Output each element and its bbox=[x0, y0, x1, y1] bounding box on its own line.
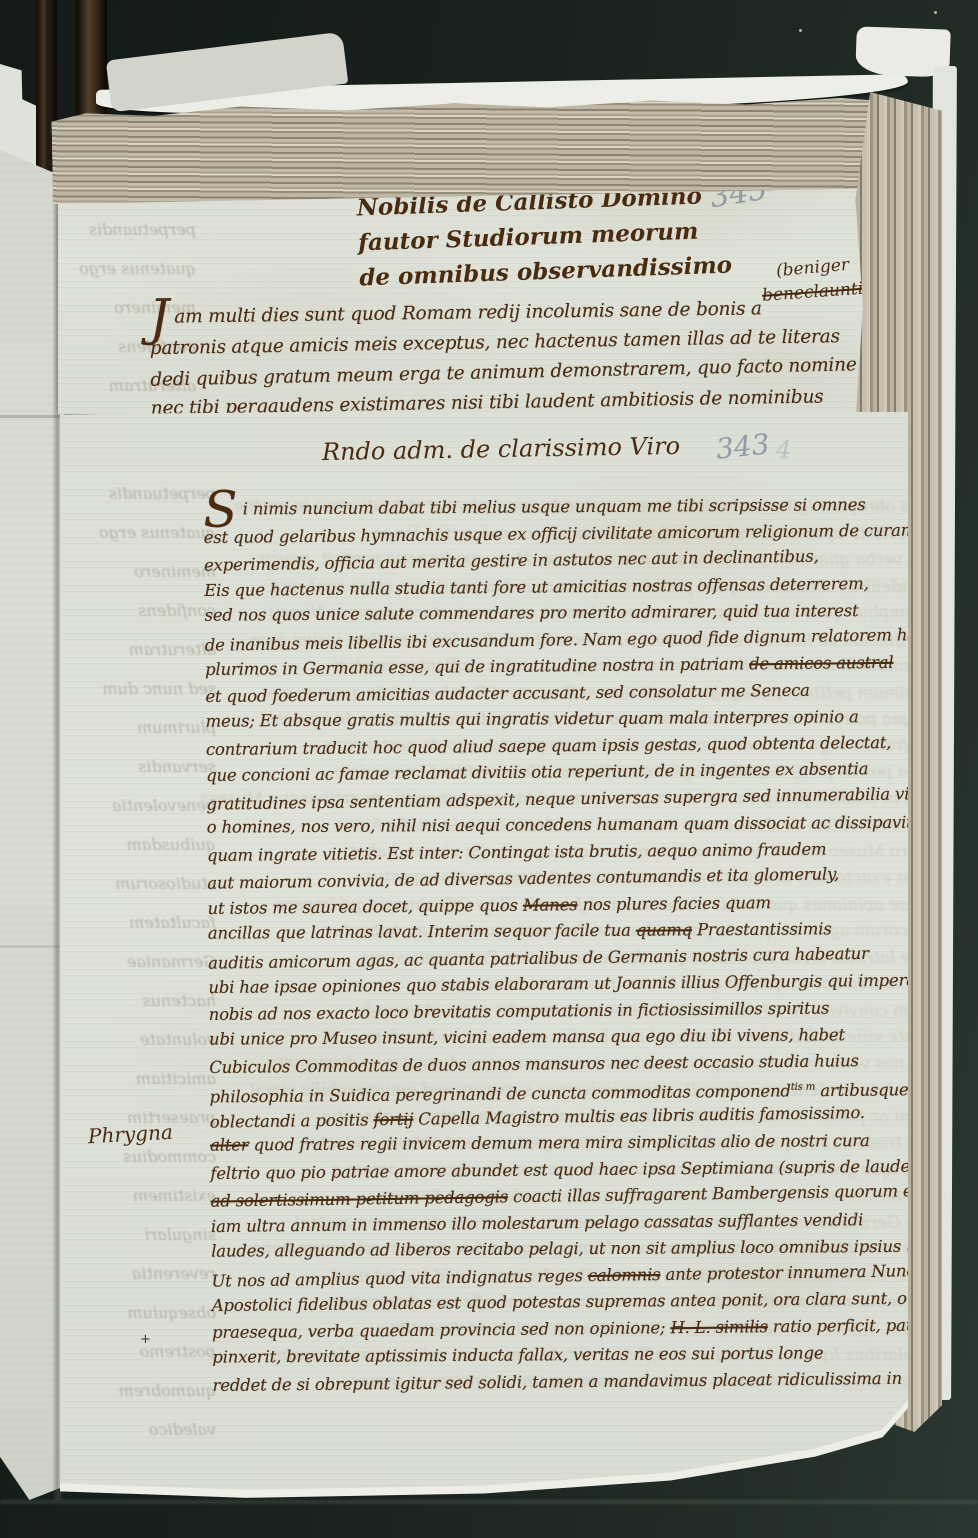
handwriting-line: ubi unice pro Museo insunt, vicini eadem… bbox=[209, 1021, 908, 1053]
bleedthrough-word: existimem bbox=[66, 1176, 216, 1215]
bleedthrough-word: Germaniae bbox=[66, 942, 216, 981]
handwriting-line: meus; Et absque gratis multis qui ingrat… bbox=[206, 703, 908, 735]
marginal-side-note: (beniger bbox=[775, 255, 849, 281]
margin-cross-mark: + bbox=[140, 1332, 151, 1347]
bleedthrough-word: quatenus ergo bbox=[66, 249, 196, 288]
bleedthrough-word: alterutram bbox=[66, 630, 216, 669]
flourish-initial: J bbox=[149, 289, 170, 347]
bleedthrough-word: plurimum bbox=[66, 708, 216, 747]
bleedthrough-word: reverentia bbox=[66, 1254, 216, 1293]
bleedthrough-word: perpetuandis bbox=[66, 210, 196, 249]
bleedthrough-word: servandis bbox=[66, 747, 216, 786]
manuscript-page-345: perpetuandisquatenus ergomemineroconfide… bbox=[58, 170, 906, 414]
bleedthrough-word: voluntate bbox=[66, 1020, 216, 1059]
handwriting-line: pinxerit, brevitate aptissimis inducta f… bbox=[212, 1339, 908, 1371]
manuscript-page-343: perpetuandisquatenus ergomemineroconfide… bbox=[60, 410, 908, 1492]
folio-number-343: 343 bbox=[714, 427, 771, 465]
handwriting-line: o homines, nos vero, nihil nisi aequi co… bbox=[207, 809, 908, 841]
bleedthrough-word: meminero bbox=[66, 552, 216, 591]
bleedthrough-word: quibusdam bbox=[66, 825, 216, 864]
bleedthrough-text: perpetuandisquatenus ergomemineroconfide… bbox=[66, 474, 216, 1449]
letter-body-text: Si nimis nuncium dabat tibi melius usque… bbox=[203, 490, 908, 1399]
flourish-initial: S bbox=[203, 480, 238, 538]
bleedthrough-word: quatenus ergo bbox=[66, 513, 216, 552]
bleedthrough-word: singulari bbox=[66, 1215, 216, 1254]
bleedthrough-word: hactenus bbox=[66, 981, 216, 1020]
handwriting-line: alter quod fratres regii invicem demum m… bbox=[210, 1127, 908, 1159]
letter-salutation-header: Rndo adm. de clarissimo Viro bbox=[322, 429, 681, 470]
bleedthrough-word: quamobrem bbox=[66, 1371, 216, 1410]
margin-keyword: Phrygna bbox=[87, 1120, 173, 1148]
bleedthrough-word: valedico bbox=[66, 1410, 216, 1449]
letter-body-text: Jam multi dies sunt quod Romam redij inc… bbox=[149, 292, 857, 414]
dust-speck bbox=[934, 11, 937, 14]
bleedthrough-word: amicitiam bbox=[66, 1059, 216, 1098]
handwriting-line: Si nimis nuncium dabat tibi melius usque… bbox=[203, 491, 908, 523]
table-edge-shadow bbox=[0, 1500, 978, 1504]
bleedthrough-word: perpetuandis bbox=[66, 474, 216, 513]
bleedthrough-word: confidens bbox=[66, 591, 216, 630]
bleedthrough-word: studiosorum bbox=[66, 864, 216, 903]
archive-photograph: { "meta": { "legibility": "17th-century … bbox=[0, 0, 978, 1538]
bleedthrough-word: obsequium bbox=[66, 1293, 216, 1332]
folio-number-ghost: 4 bbox=[776, 436, 791, 464]
bleedthrough-word: benevolentia bbox=[66, 786, 216, 825]
bleedthrough-word: facultatem bbox=[66, 903, 216, 942]
dust-speck bbox=[799, 29, 802, 32]
bleedthrough-word: sed nunc dum bbox=[66, 669, 216, 708]
